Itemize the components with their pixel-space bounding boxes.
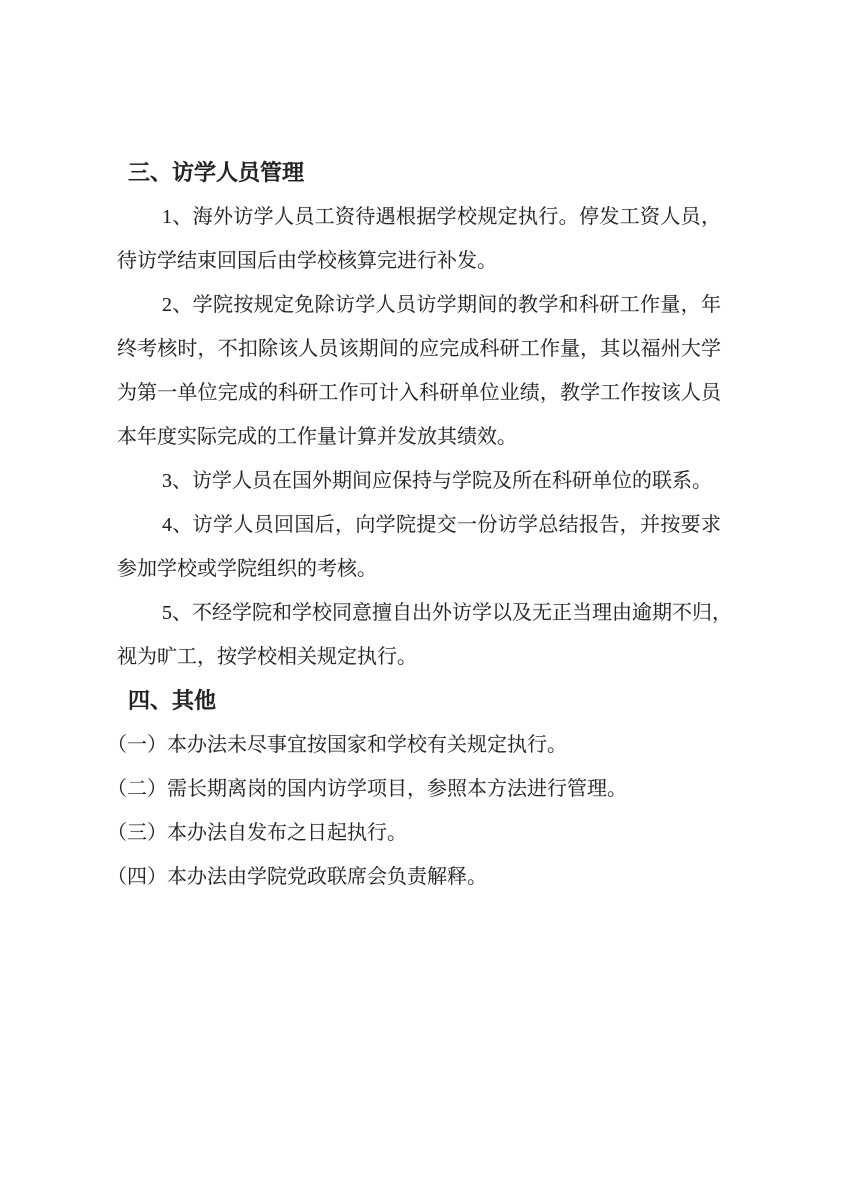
para-2-line-2: 终考核时，不扣除该人员该期间的应完成科研工作量，其以福州大学 [117, 327, 721, 371]
document-body: 三、访学人员管理 1、海外访学人员工资待遇根据学校规定执行。停发工资人员， 待访… [0, 0, 849, 899]
para-5-line-1: 5、不经学院和学校同意擅自出外访学以及无正当理由逾期不归， [117, 591, 721, 635]
section-heading-four: 四、其他 [128, 679, 721, 723]
item-one: （一）本办法未尽事宜按国家和学校有关规定执行。 [107, 723, 721, 767]
section-heading-three: 三、访学人员管理 [128, 151, 721, 195]
para-2-line-3: 为第一单位完成的科研工作可计入科研单位业绩，教学工作按该人员 [117, 371, 721, 415]
para-2-line-4: 本年度实际完成的工作量计算并发放其绩效。 [117, 415, 721, 459]
item-two: （二）需长期离岗的国内访学项目，参照本方法进行管理。 [107, 767, 721, 811]
para-1-line-2: 待访学结束回国后由学校核算完进行补发。 [117, 239, 721, 283]
para-4-line-1: 4、访学人员回国后，向学院提交一份访学总结报告，并按要求 [117, 503, 721, 547]
para-1-line-1: 1、海外访学人员工资待遇根据学校规定执行。停发工资人员， [117, 195, 721, 239]
para-5-line-2: 视为旷工，按学校相关规定执行。 [117, 635, 721, 679]
para-2-line-1: 2、学院按规定免除访学人员访学期间的教学和科研工作量，年 [117, 283, 721, 327]
para-3-line-1: 3、访学人员在国外期间应保持与学院及所在科研单位的联系。 [117, 459, 721, 503]
document-page: 三、访学人员管理 1、海外访学人员工资待遇根据学校规定执行。停发工资人员， 待访… [0, 0, 849, 1200]
para-4-line-2: 参加学校或学院组织的考核。 [117, 547, 721, 591]
item-three: （三）本办法自发布之日起执行。 [107, 811, 721, 855]
item-four: （四）本办法由学院党政联席会负责解释。 [107, 855, 721, 899]
